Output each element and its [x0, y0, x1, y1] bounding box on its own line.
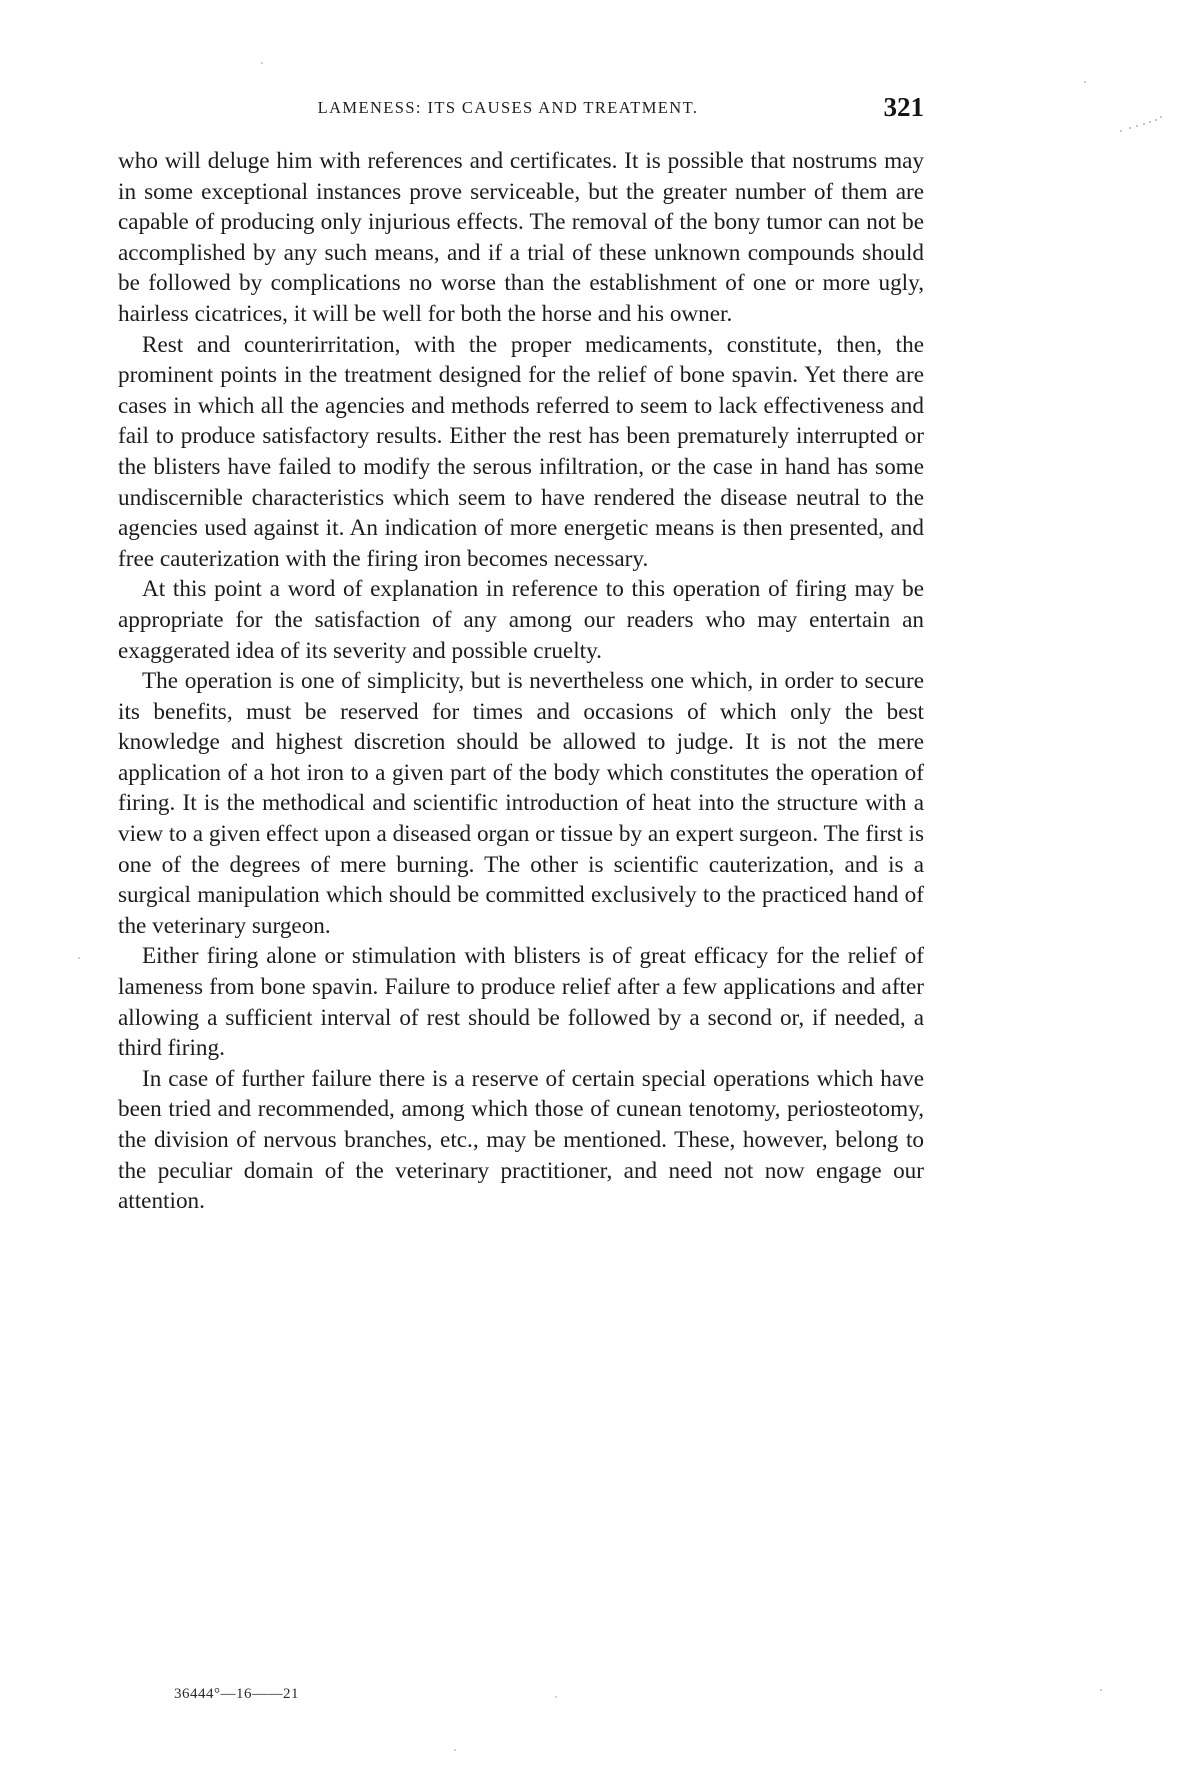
paragraph: who will deluge him with references and …: [118, 146, 924, 330]
paragraph: The operation is one of simplicity, but …: [118, 666, 924, 941]
paragraph: Either firing alone or stimulation with …: [118, 941, 924, 1063]
body-text: who will deluge him with references and …: [118, 146, 924, 1217]
paragraph: At this point a word of explanation in r…: [118, 574, 924, 666]
paragraph: In case of further failure there is a re…: [118, 1064, 924, 1217]
running-title: LAMENESS: ITS CAUSES AND TREATMENT.: [118, 98, 898, 118]
page-number: 321: [884, 92, 925, 123]
book-page: LAMENESS: ITS CAUSES AND TREATMENT. 321 …: [0, 0, 1200, 1792]
paragraph: Rest and counterirritation, with the pro…: [118, 330, 924, 575]
signature-mark: 36444°—16——21: [174, 1686, 299, 1703]
running-head: LAMENESS: ITS CAUSES AND TREATMENT. 321: [118, 92, 924, 128]
